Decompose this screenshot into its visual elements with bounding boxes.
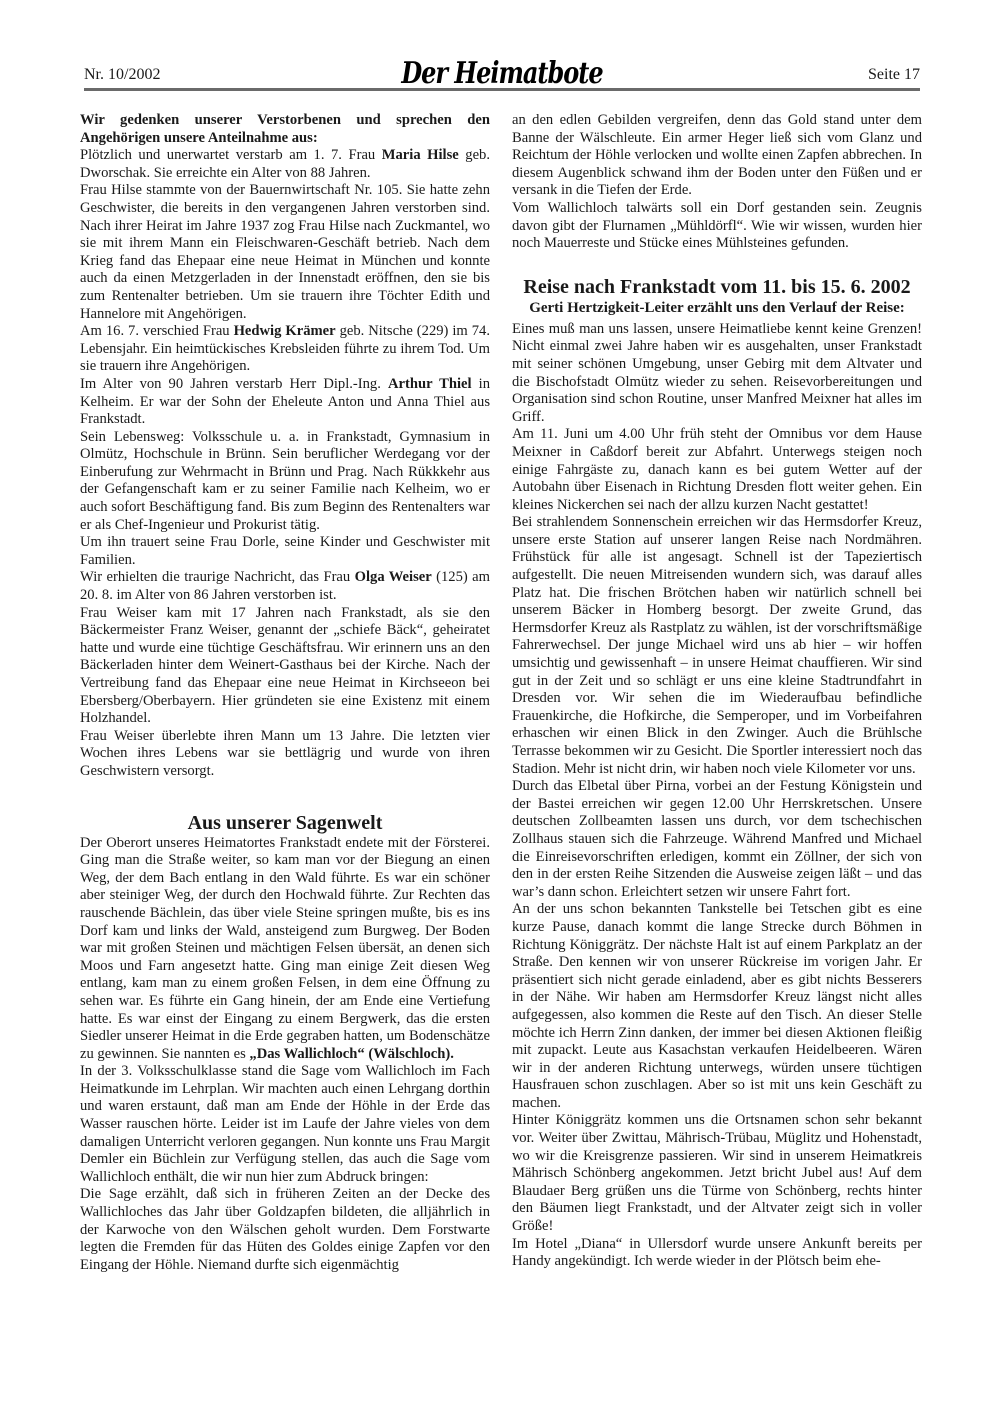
obituaries-section: Wir gedenken unserer Verstorbenen und sp… [80,112,490,781]
obituary-paragraph: Frau Hilse stammte von der Bauernwirtsch… [80,182,490,323]
saga-paragraph: an den edlen Gebilden vergreifen, denn d… [512,112,922,200]
saga-section: Aus unserer Sagenwelt Der Oberort unsere… [80,811,490,1275]
page-header: Nr. 10/2002 Der Heimatbote Seite 17 [84,58,920,88]
saga-paragraph: In der 3. Volksschulklasse stand die Sag… [80,1063,490,1186]
obituary-paragraph: Wir erhielten die traurige Nachricht, da… [80,569,490,604]
saga-paragraph: Die Sage erzählt, daß sich in früheren Z… [80,1186,490,1274]
obituary-paragraph: Frau Weiser kam mit 17 Jahren nach Frank… [80,605,490,728]
issue-number: Nr. 10/2002 [84,66,160,84]
deceased-name: Arthur Thiel [388,376,472,392]
deceased-name: Olga Weiser [355,569,432,585]
deceased-name: Maria Hilse [382,147,459,163]
saga-continued: an den edlen Gebilden vergreifen, denn d… [512,112,922,253]
page-number: Seite 17 [868,66,920,84]
right-column: an den edlen Gebilden vergreifen, denn d… [512,112,922,1271]
obituary-paragraph: Um ihn trauert seine Frau Dorle, seine K… [80,534,490,569]
saga-paragraph: Vom Wallichloch talwärts soll ein Dorf g… [512,200,922,253]
deceased-name: Hedwig Krämer [234,323,336,339]
left-column: Wir gedenken unserer Verstorbenen und sp… [80,112,490,1274]
saga-name: „Das Wallichloch“ (Wälschloch). [249,1046,453,1062]
trip-paragraph: Bei strahlendem Sonnenschein erreichen w… [512,514,922,778]
trip-paragraph: Eines muß man uns lassen, unsere Heimatl… [512,321,922,427]
obituary-paragraph: Frau Weiser überlebte ihren Mann um 13 J… [80,728,490,781]
section-subtitle: Gerti Hertzigkeit-Leiter erzählt uns den… [512,299,922,317]
section-title: Aus unserer Sagenwelt [80,811,490,835]
trip-paragraph: Am 11. Juni um 4.00 Uhr früh steht der O… [512,426,922,514]
trip-paragraph: Im Hotel „Diana“ in Ullersdorf wurde uns… [512,1236,922,1271]
obituary-paragraph: Plötzlich und unerwartet verstarb am 1. … [80,147,490,182]
section-title: Reise nach Frankstadt vom 11. bis 15. 6.… [512,275,922,299]
saga-paragraph: Der Oberort unseres Heimatortes Franksta… [80,835,490,1064]
obituary-paragraph: Im Alter von 90 Jahren verstarb Herr Dip… [80,376,490,429]
obituary-paragraph: Am 16. 7. verschied Frau Hedwig Krämer g… [80,323,490,376]
trip-section: Reise nach Frankstadt vom 11. bis 15. 6.… [512,275,922,1271]
obituaries-intro: Wir gedenken unserer Verstorbenen und sp… [80,112,490,147]
trip-paragraph: An der uns schon bekannten Tankstelle be… [512,901,922,1112]
header-rule [84,88,920,91]
trip-paragraph: Hinter Königgrätz kommen uns die Ortsnam… [512,1112,922,1235]
obituary-paragraph: Sein Lebensweg: Volksschule u. a. in Fra… [80,429,490,535]
trip-paragraph: Durch das Elbetal über Pirna, vorbei an … [512,778,922,901]
masthead-logo: Der Heimatbote [401,54,602,90]
